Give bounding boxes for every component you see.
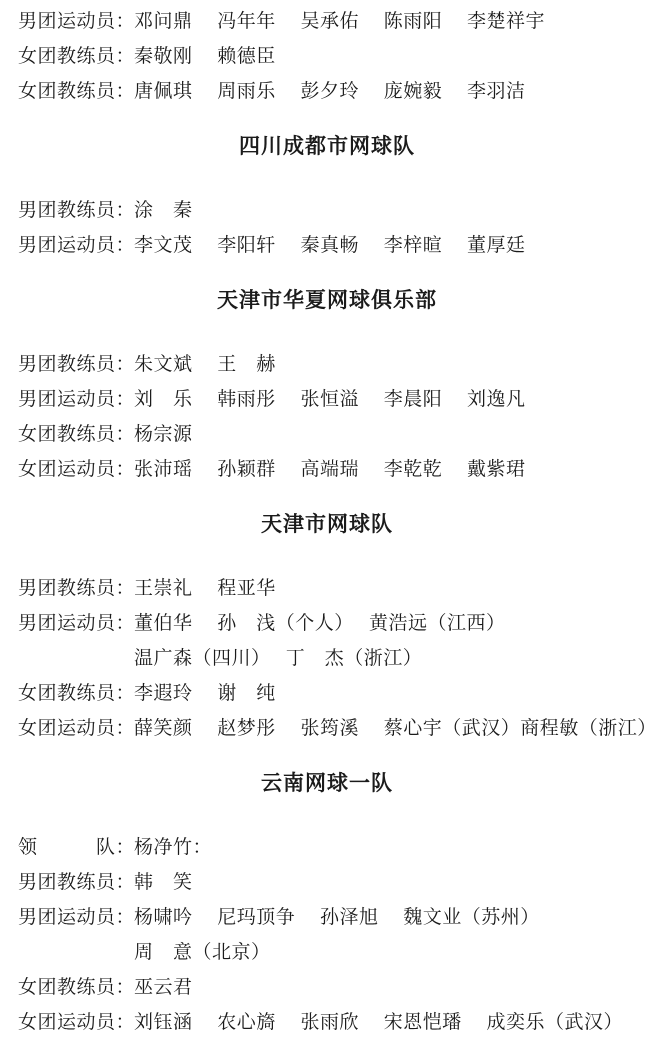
roster-label: 男团教练员： bbox=[18, 193, 134, 228]
roster-label: 男团运动员： bbox=[18, 382, 134, 417]
roster-line: 男团运动员：李文茂 李阳轩 秦真畅 李梓暄 董厚廷 bbox=[18, 228, 636, 263]
roster-line: 男团运动员：董伯华 孙 浅（个人） 黄浩远（江西） bbox=[18, 606, 636, 641]
roster-line: 男团教练员：涂 秦 bbox=[18, 193, 636, 228]
roster-names: 王崇礼 程亚华 bbox=[134, 571, 636, 606]
section-heading: 四川成都市网球队 bbox=[18, 133, 636, 159]
roster-line: 女团教练员：杨宗源 bbox=[18, 417, 636, 452]
roster-label: 女团教练员： bbox=[18, 74, 134, 109]
roster-names: 张沛瑶 孙颖群 高端瑞 李乾乾 戴紫珺 bbox=[134, 452, 636, 487]
roster-line: 女团教练员：秦敬刚 赖德臣 bbox=[18, 39, 636, 74]
roster-line: 男团运动员：杨啸吟 尼玛顶争 孙泽旭 魏文业（苏州） bbox=[18, 900, 636, 935]
roster-names: 巫云君 bbox=[134, 970, 636, 1005]
roster-label: 男团运动员： bbox=[18, 4, 134, 39]
roster-label: 男团教练员： bbox=[18, 347, 134, 382]
roster-label: 女团教练员： bbox=[18, 417, 134, 452]
roster-line: 女团运动员：刘钰涵 农心旖 张雨欣 宋恩恺璠 成奕乐（武汉） bbox=[18, 1005, 636, 1040]
section-heading: 天津市网球队 bbox=[18, 511, 636, 537]
roster-names: 李文茂 李阳轩 秦真畅 李梓暄 董厚廷 bbox=[134, 228, 636, 263]
roster-names: 周 意（北京） bbox=[134, 935, 636, 970]
roster-names: 邓问鼎 冯年年 吴承佑 陈雨阳 李楚祥宇 bbox=[134, 4, 636, 39]
roster-label: 男团运动员： bbox=[18, 606, 134, 641]
roster-continuation-line: 周 意（北京） bbox=[18, 935, 636, 970]
roster-label: 女团运动员： bbox=[18, 452, 134, 487]
roster-label: 男团教练员： bbox=[18, 865, 134, 900]
roster-label: 男团教练员： bbox=[18, 571, 134, 606]
roster-line: 男团运动员：邓问鼎 冯年年 吴承佑 陈雨阳 李楚祥宇 bbox=[18, 4, 636, 39]
roster-names: 杨净竹： bbox=[134, 830, 636, 865]
roster-names: 薛笑颜 赵梦彤 张筠溪 蔡心宇（武汉）商程敏（浙江） bbox=[134, 711, 650, 746]
roster-label: 女团教练员： bbox=[18, 970, 134, 1005]
roster-label: 领 队： bbox=[18, 830, 134, 865]
roster-names: 涂 秦 bbox=[134, 193, 636, 228]
document-page: 男团运动员：邓问鼎 冯年年 吴承佑 陈雨阳 李楚祥宇女团教练员：秦敬刚 赖德臣女… bbox=[0, 0, 650, 1060]
roster-line: 男团教练员：王崇礼 程亚华 bbox=[18, 571, 636, 606]
roster-label: 女团教练员： bbox=[18, 39, 134, 74]
roster-label: 女团运动员： bbox=[18, 711, 134, 746]
roster-names: 刘 乐 韩雨彤 张恒溢 李晨阳 刘逸凡 bbox=[134, 382, 636, 417]
roster-names: 温广森（四川） 丁 杰（浙江） bbox=[134, 641, 636, 676]
roster-line: 女团运动员：薛笑颜 赵梦彤 张筠溪 蔡心宇（武汉）商程敏（浙江） bbox=[18, 711, 636, 746]
roster-line: 女团教练员：李遐玲 谢 纯 bbox=[18, 676, 636, 711]
roster-line: 女团运动员：张沛瑶 孙颖群 高端瑞 李乾乾 戴紫珺 bbox=[18, 452, 636, 487]
roster-names: 李遐玲 谢 纯 bbox=[134, 676, 636, 711]
roster-line: 女团教练员：巫云君 bbox=[18, 970, 636, 1005]
roster-names: 秦敬刚 赖德臣 bbox=[134, 39, 636, 74]
roster-names: 杨啸吟 尼玛顶争 孙泽旭 魏文业（苏州） bbox=[134, 900, 636, 935]
roster-label: 男团运动员： bbox=[18, 900, 134, 935]
roster-label: 女团运动员： bbox=[18, 1005, 134, 1040]
roster-names: 董伯华 孙 浅（个人） 黄浩远（江西） bbox=[134, 606, 636, 641]
section-heading: 天津市华夏网球俱乐部 bbox=[18, 287, 636, 313]
roster-names: 韩 笑 bbox=[134, 865, 636, 900]
roster-line: 男团教练员：韩 笑 bbox=[18, 865, 636, 900]
roster-names: 朱文斌 王 赫 bbox=[134, 347, 636, 382]
roster-line: 女团教练员：唐佩琪 周雨乐 彭夕玲 庞婉毅 李羽洁 bbox=[18, 74, 636, 109]
team-roster-document: 男团运动员：邓问鼎 冯年年 吴承佑 陈雨阳 李楚祥宇女团教练员：秦敬刚 赖德臣女… bbox=[18, 4, 636, 1040]
roster-names: 刘钰涵 农心旖 张雨欣 宋恩恺璠 成奕乐（武汉） bbox=[134, 1005, 636, 1040]
roster-label: 女团教练员： bbox=[18, 676, 134, 711]
roster-line: 领 队：杨净竹： bbox=[18, 830, 636, 865]
roster-line: 男团运动员：刘 乐 韩雨彤 张恒溢 李晨阳 刘逸凡 bbox=[18, 382, 636, 417]
roster-label: 男团运动员： bbox=[18, 228, 134, 263]
roster-continuation-line: 温广森（四川） 丁 杰（浙江） bbox=[18, 641, 636, 676]
roster-line: 男团教练员：朱文斌 王 赫 bbox=[18, 347, 636, 382]
section-heading: 云南网球一队 bbox=[18, 770, 636, 796]
roster-names: 唐佩琪 周雨乐 彭夕玲 庞婉毅 李羽洁 bbox=[134, 74, 636, 109]
roster-names: 杨宗源 bbox=[134, 417, 636, 452]
